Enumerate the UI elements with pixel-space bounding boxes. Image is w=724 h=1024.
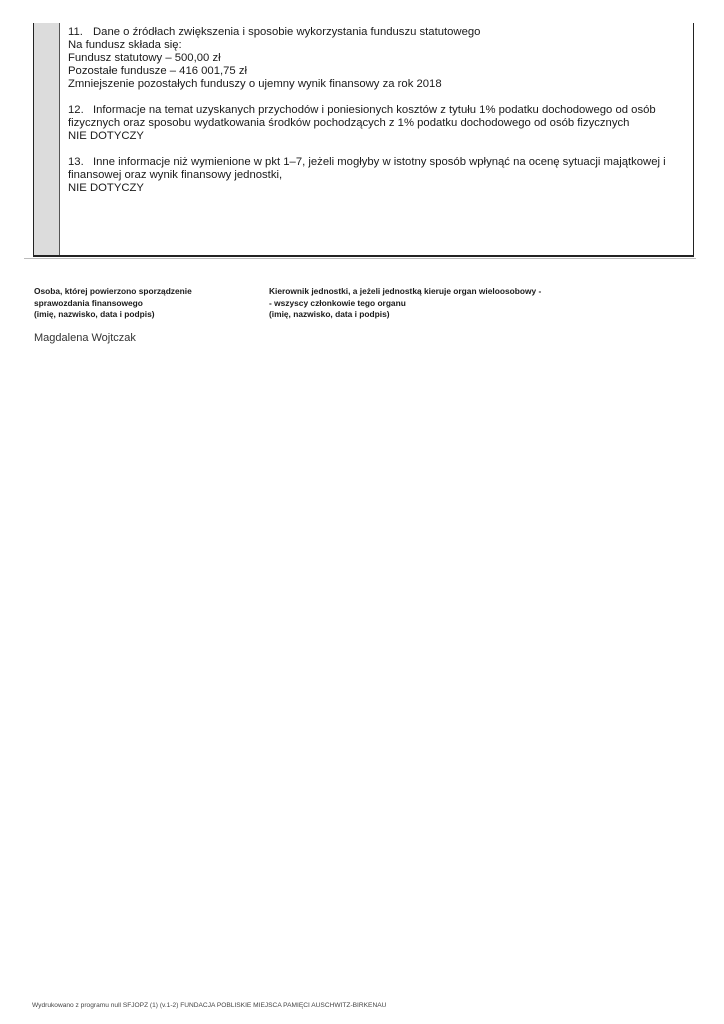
section-12: 12.Informacje na temat uzyskanych przych… bbox=[68, 104, 683, 143]
manager-signature-block: Kierownik jednostki, a jeżeli jednostką … bbox=[269, 286, 541, 321]
section-number: 13. bbox=[68, 156, 93, 169]
section-13: 13.Inne informacje niż wymienione w pkt … bbox=[68, 156, 683, 195]
notes-content: 11.Dane o źródłach zwiększenia i sposobi… bbox=[68, 26, 683, 208]
divider bbox=[24, 258, 696, 259]
section-line: Fundusz statutowy – 500,00 zł bbox=[68, 52, 683, 65]
section-number: 12. bbox=[68, 104, 93, 117]
section-line: Zmniejszenie pozostałych funduszy o ujem… bbox=[68, 78, 683, 91]
signature-label: (imię, nazwisko, data i podpis) bbox=[269, 309, 541, 321]
signature-label: sprawozdania finansowego bbox=[34, 298, 192, 310]
signature-label: - wszyscy członkowie tego organu bbox=[269, 298, 541, 310]
signature-label: Kierownik jednostki, a jeżeli jednostką … bbox=[269, 286, 541, 298]
signer-name: Magdalena Wojtczak bbox=[34, 332, 136, 344]
section-line: Pozostałe fundusze – 416 001,75 zł bbox=[68, 65, 683, 78]
signature-label: Osoba, której powierzono sporządzenie bbox=[34, 286, 192, 298]
row-marker-column bbox=[34, 23, 60, 255]
print-footer: Wydrukowano z programu null SFJOPZ (1) (… bbox=[32, 1002, 386, 1009]
section-line: NIE DOTYCZY bbox=[68, 130, 683, 143]
section-number: 11. bbox=[68, 26, 93, 39]
section-title: Inne informacje niż wymienione w pkt 1–7… bbox=[68, 156, 666, 181]
notes-table: 11.Dane o źródłach zwiększenia i sposobi… bbox=[33, 23, 694, 257]
section-line: Na fundusz składa się: bbox=[68, 39, 683, 52]
section-line: NIE DOTYCZY bbox=[68, 182, 683, 195]
section-title: Informacje na temat uzyskanych przychodó… bbox=[68, 104, 656, 129]
signature-label: (imię, nazwisko, data i podpis) bbox=[34, 309, 192, 321]
section-11: 11.Dane o źródłach zwiększenia i sposobi… bbox=[68, 26, 683, 91]
preparer-signature-block: Osoba, której powierzono sporządzenie sp… bbox=[34, 286, 192, 321]
section-title: Dane o źródłach zwiększenia i sposobie w… bbox=[93, 26, 480, 38]
